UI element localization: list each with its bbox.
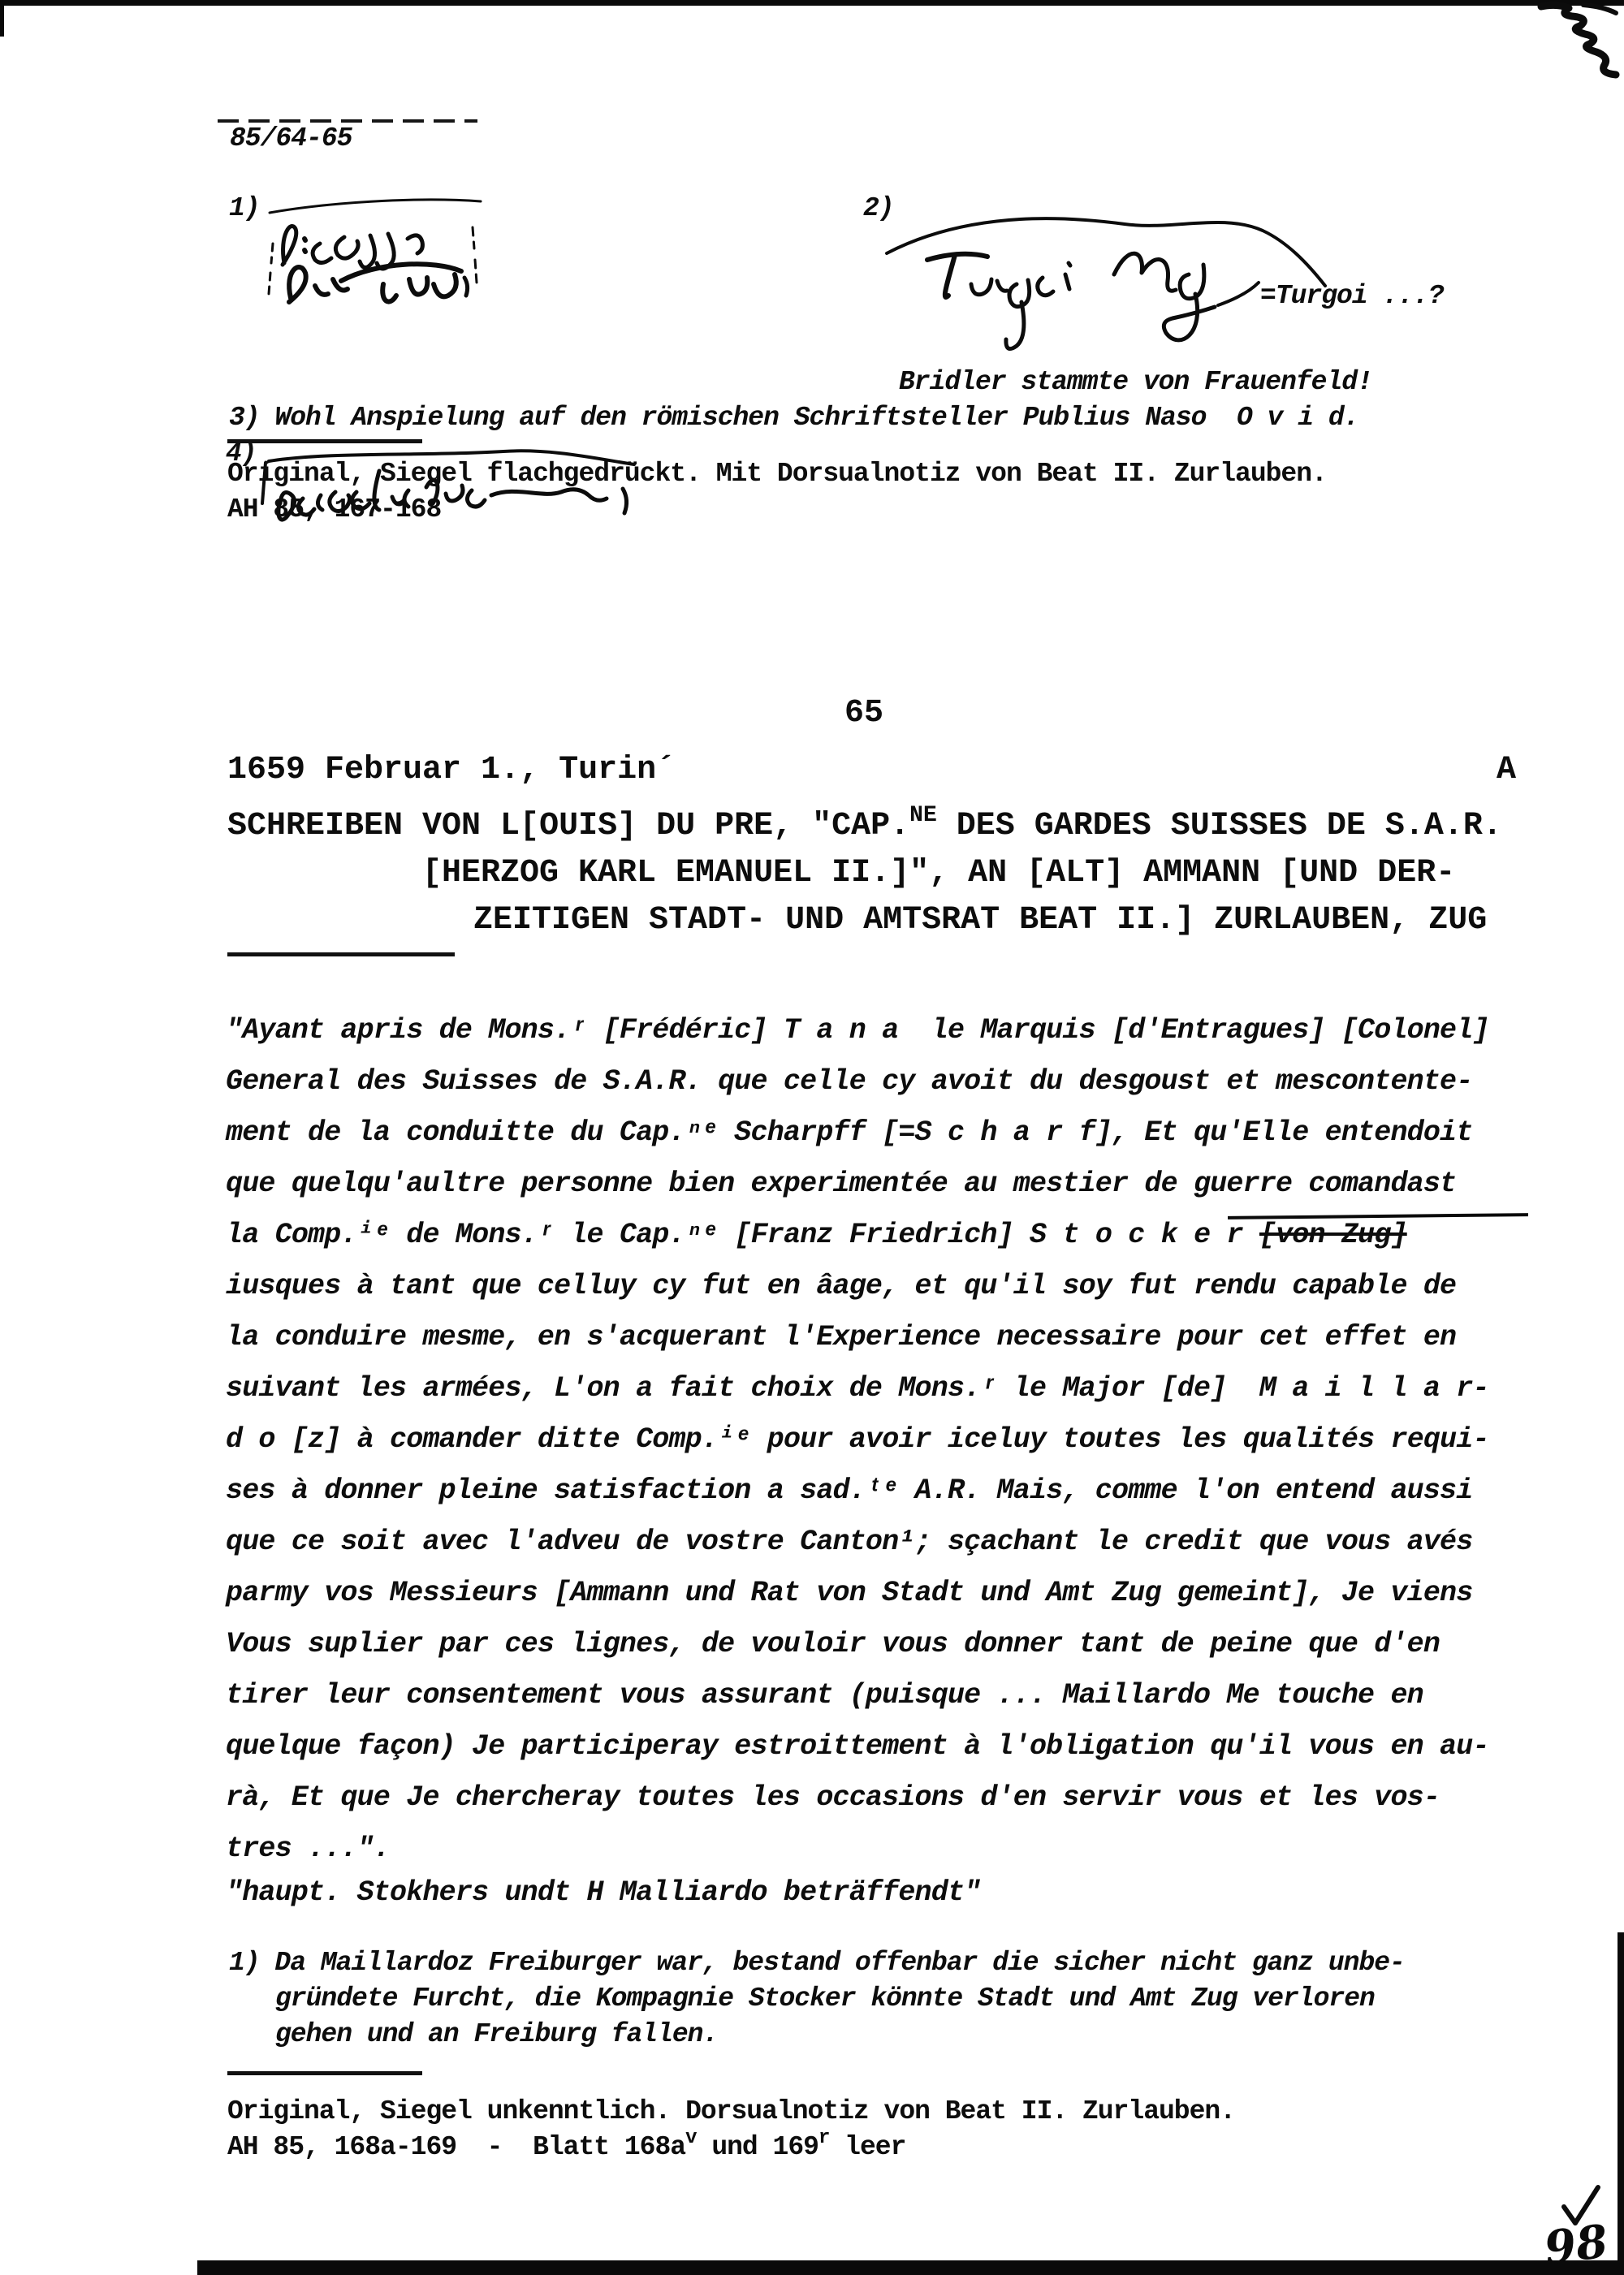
separator-rule-2	[227, 952, 455, 956]
handwriting-note1	[260, 188, 495, 306]
entry64-signature: AH 85, 167-168	[227, 494, 441, 525]
note3-text: 3) Wohl Anspielung auf den römischen Sch…	[229, 403, 1358, 433]
scan-border-bottom	[197, 2260, 1620, 2275]
letter-line: "Ayant apris de Mons.ʳ [Frédéric] T a n …	[226, 1005, 1489, 1056]
entry65-letter-mark: A	[1497, 752, 1516, 788]
note1-label: 1)	[229, 193, 260, 223]
scan-smudge-top-right	[1527, 2, 1624, 79]
archive-ref: 85/64-65	[230, 123, 352, 153]
handwritten-page-number: 98	[1541, 2214, 1610, 2275]
signature-mid: und 169	[697, 2132, 818, 2162]
signature-superscript-v: v	[685, 2127, 696, 2149]
letter-line: tres ...".	[226, 1824, 1489, 1875]
letter-line: ment de la conduitte du Cap.ⁿᵉ Scharpff …	[226, 1107, 1489, 1159]
letter-line: que quelqu'aultre personne bien experime…	[226, 1159, 1489, 1210]
letter-line: tirer leur consentement vous assurant (p…	[226, 1670, 1489, 1721]
scan-border-left-fragment	[0, 6, 4, 37]
entry65-number: 65	[844, 695, 883, 732]
letter-line5-pre: la Comp.ⁱᵉ de Mons.ʳ le Cap.ⁿᵉ [Franz Fr…	[226, 1219, 1259, 1251]
entry65-signature: AH 85, 168a-169 - Blatt 168av und 169r l…	[227, 2132, 905, 2162]
letter-line: General des Suisses de S.A.R. que celle …	[226, 1056, 1489, 1107]
entry65-title-line3: ZEITIGEN STADT- UND AMTSRAT BEAT II.] ZU…	[473, 902, 1487, 939]
letter-line: quelque façon) Je participeray estroitte…	[226, 1721, 1489, 1772]
title-line1-pre: SCHREIBEN VON L[OUIS] DU PRE, "CAP.	[227, 808, 909, 844]
footnote-line2: gründete Furcht, die Kompagnie Stocker k…	[275, 1984, 1375, 2014]
letter-line5-struck-text: [von Zug]	[1259, 1219, 1407, 1251]
scan-border-top	[0, 0, 1624, 6]
footnote-line3: gehen und an Freiburg fallen.	[275, 2019, 718, 2049]
signature-superscript-r: r	[818, 2127, 829, 2149]
separator-rule-3	[227, 2071, 422, 2075]
scan-border-right	[1618, 1932, 1624, 2275]
letter-line: parmy vos Messieurs [Ammann und Rat von …	[226, 1568, 1489, 1619]
signature-pre: AH 85, 168a-169 - Blatt 168a	[227, 2132, 685, 2162]
note2-comment: Bridler stammte von Frauenfeld!	[899, 367, 1372, 397]
docket-quote: "haupt. Stokhers undt H Malliardo beträf…	[226, 1876, 980, 1909]
letter-line: la conduire mesme, en s'acquerant l'Expe…	[226, 1312, 1489, 1363]
entry64-provenance: Original, Siegel flachgedrückt. Mit Dors…	[227, 459, 1327, 489]
letter-line: que ce soit avec l'adveu de vostre Canto…	[226, 1517, 1489, 1568]
letter-line: suivant les armées, L'on a fait choix de…	[226, 1363, 1489, 1414]
letter-line: ses à donner pleine satisfaction a sad.ᵗ…	[226, 1466, 1489, 1517]
overline-dashes	[218, 119, 477, 123]
letter-line: Vous suplier par ces lignes, de vouloir …	[226, 1619, 1489, 1670]
letter-line: iusques à tant que celluy cy fut en âage…	[226, 1261, 1489, 1312]
entry65-provenance: Original, Siegel unkenntlich. Dorsualnot…	[227, 2096, 1235, 2126]
note2-typed-gloss: =Turgoi ...?	[1260, 281, 1444, 311]
footnote-line1: 1) Da Maillardoz Freiburger war, bestand…	[229, 1948, 1405, 1978]
scanned-document-page: 85/64-65 1) 2) =Turgoi .	[0, 0, 1624, 2275]
separator-rule-1	[227, 439, 422, 443]
entry65-dateline: 1659 Februar 1., Turin´	[227, 752, 676, 788]
entry65-title-line1: SCHREIBEN VON L[OUIS] DU PRE, "CAP.NE DE…	[227, 808, 1502, 844]
letter-excerpt: "Ayant apris de Mons.ʳ [Frédéric] T a n …	[226, 1005, 1489, 1875]
signature-post: leer	[829, 2132, 905, 2162]
title-line1-post: DES GARDES SUISSES DE S.A.R.	[937, 808, 1502, 844]
letter-line: rà, Et que Je chercheray toutes les occa…	[226, 1772, 1489, 1824]
title-line1-superscript: NE	[909, 803, 937, 828]
entry65-title-line2: [HERZOG KARL EMANUEL II.]", AN [ALT] AMM…	[422, 855, 1455, 891]
letter-line: d o [z] à comander ditte Comp.ⁱᵉ pour av…	[226, 1414, 1489, 1466]
